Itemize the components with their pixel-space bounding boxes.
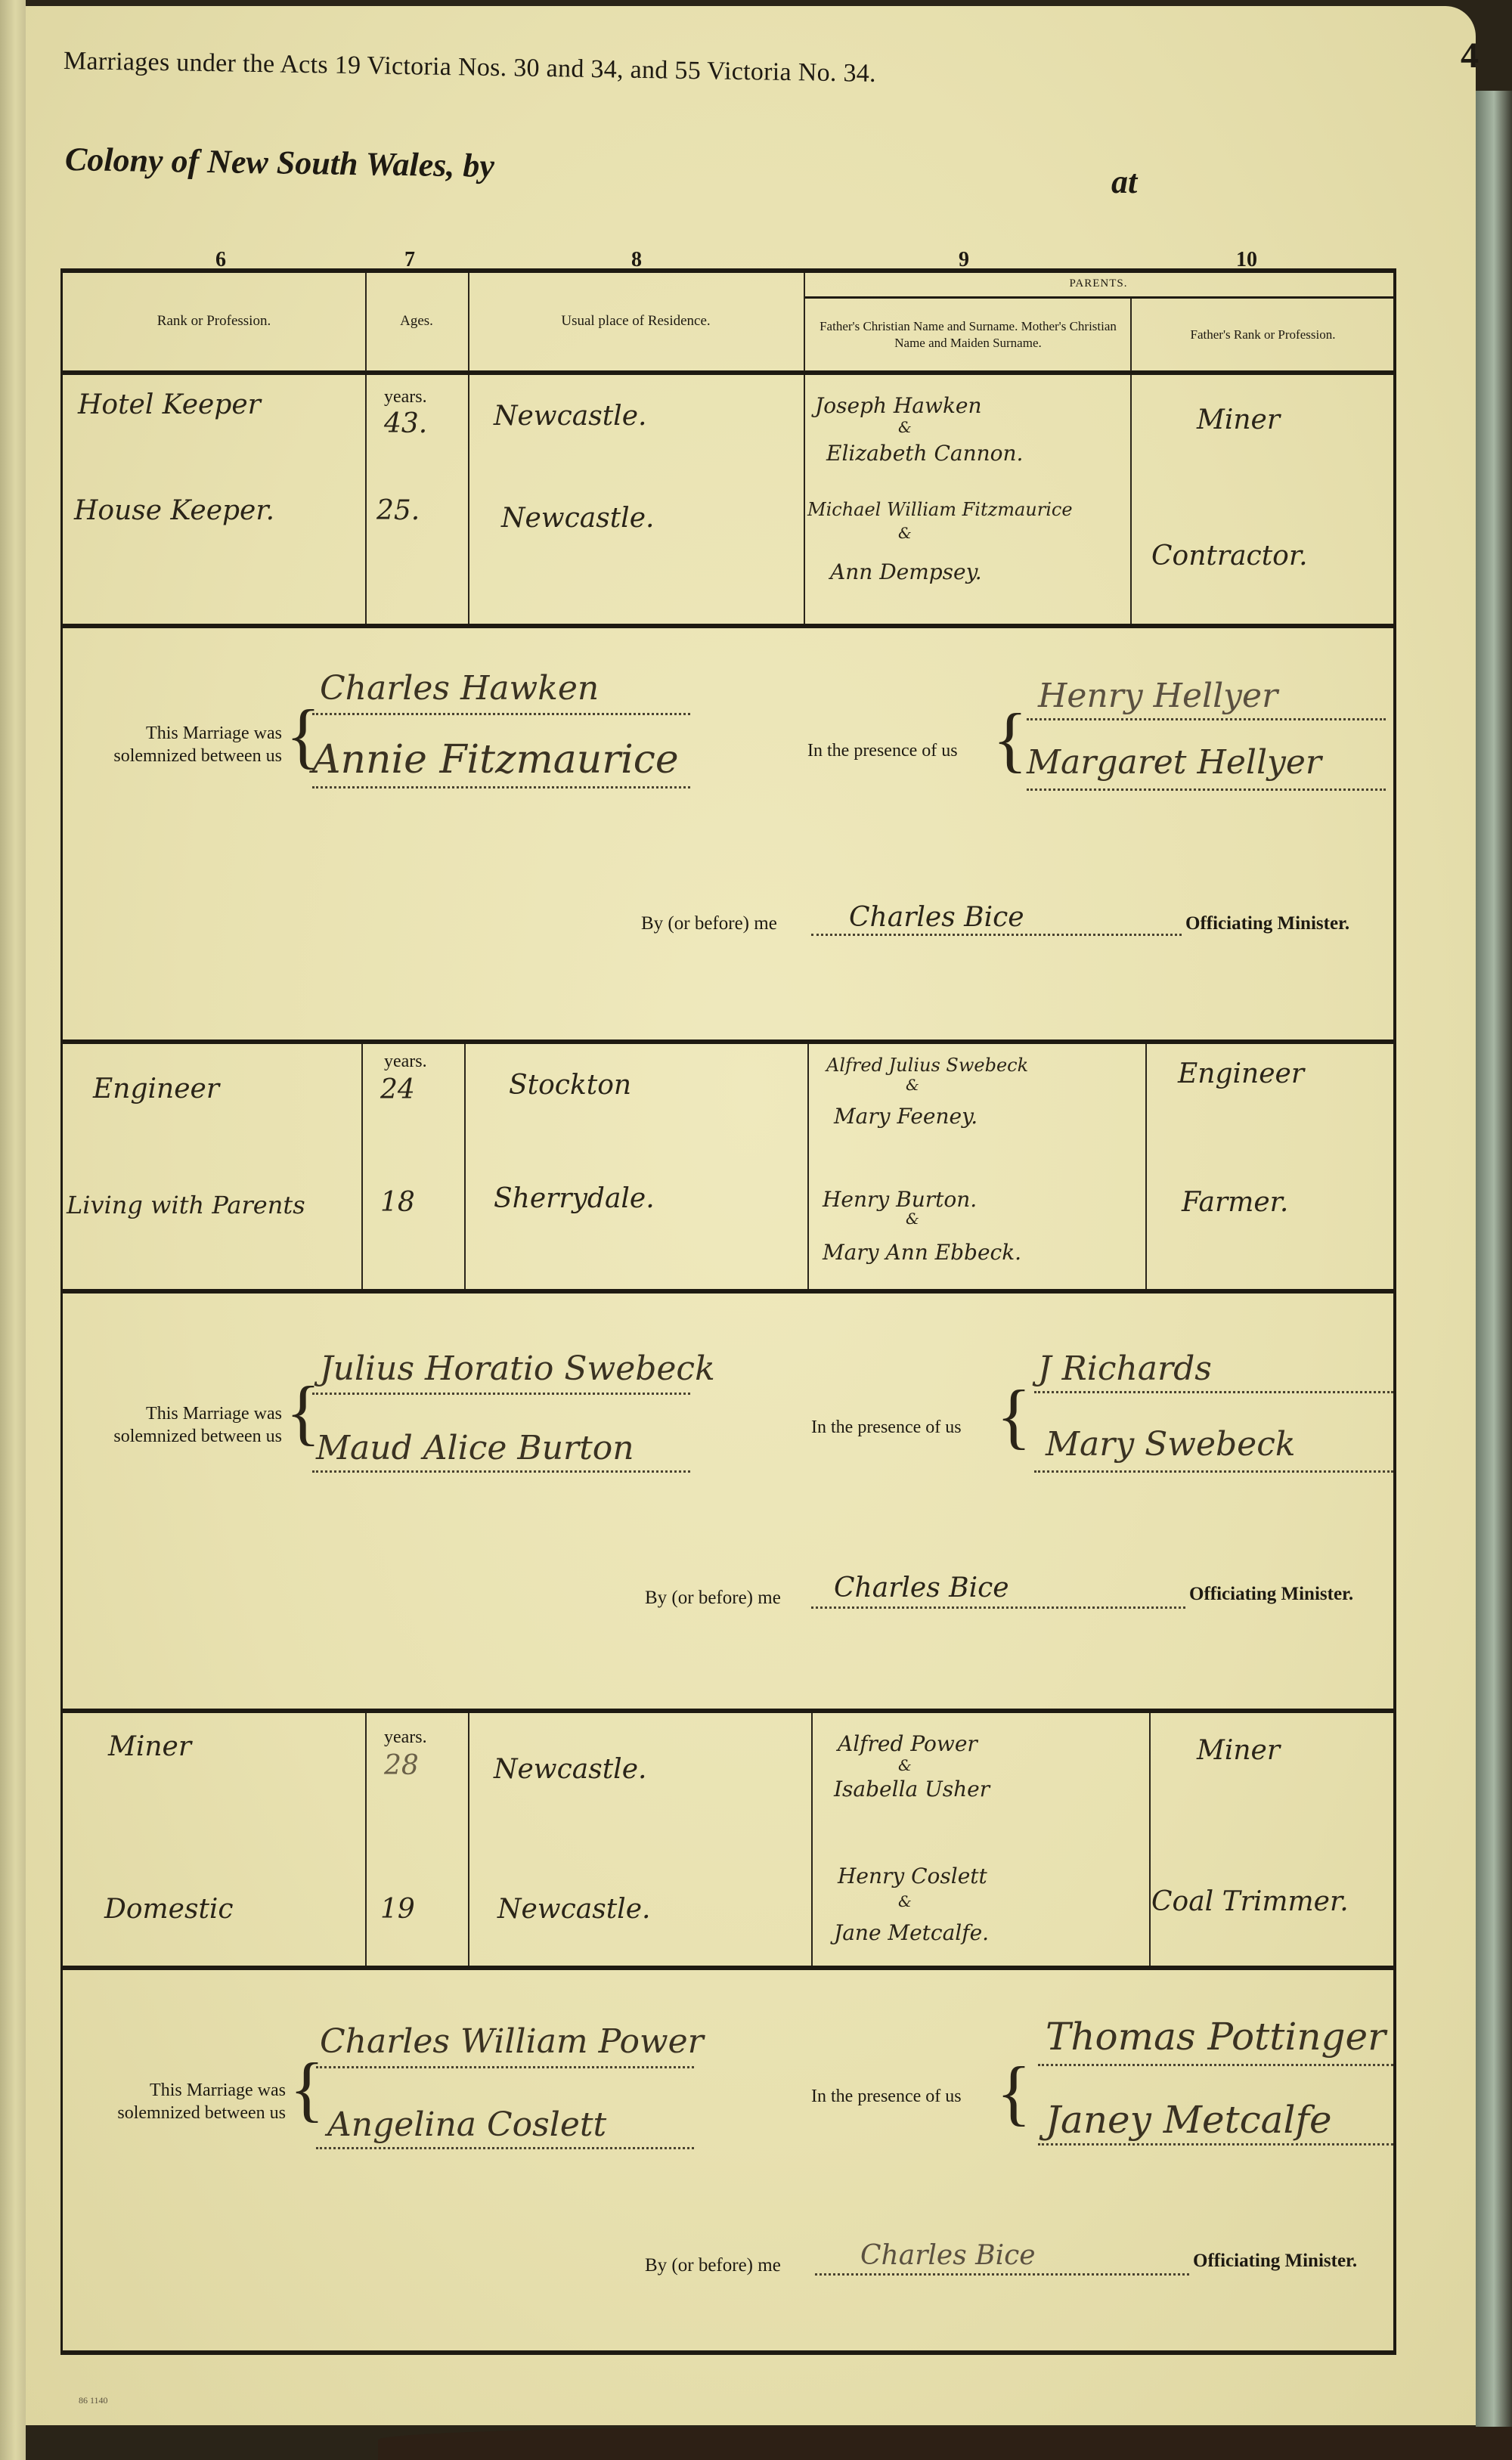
marriage-register-table: Rank or Profession. Ages. Usual place of… (60, 268, 1396, 2355)
page-shadow (378, 2427, 1512, 2460)
groom-father: Alfred Power (838, 1731, 978, 1756)
bride-residence: Sherrydale. (494, 1183, 655, 1214)
column-divider (468, 1713, 469, 1966)
bride-father: Michael William Fitzmaurice (807, 499, 1073, 520)
signature-line (312, 1393, 690, 1395)
groom-father-profession: Miner (1197, 404, 1280, 435)
column-divider (1130, 299, 1132, 371)
column-divider (804, 273, 805, 371)
bride-father-profession: Contractor. (1151, 541, 1308, 572)
signature-line (1034, 1470, 1393, 1473)
presence-label: In the presence of us (811, 2087, 962, 2107)
bride-profession: Living with Parents (67, 1191, 305, 1219)
bride-signature: Maud Alice Burton (316, 1429, 634, 1467)
groom-profession: Miner (108, 1731, 191, 1762)
presence-label: In the presence of us (807, 741, 958, 761)
column-divider (464, 1044, 466, 1290)
presence-label: In the presence of us (811, 1417, 962, 1438)
witness-1-signature: Henry Hellyer (1038, 677, 1278, 715)
minister-signature: Charles Bice (849, 902, 1024, 933)
bride-age: 18 (380, 1187, 415, 1218)
groom-profession: Engineer (93, 1074, 219, 1105)
witness-1-signature: Thomas Pottinger (1046, 2015, 1386, 2059)
solemnized-label: This Marriage was solemnized between us (63, 1402, 282, 1448)
column-divider (1130, 375, 1132, 624)
entry-rule (63, 624, 1393, 628)
signature-line (815, 2273, 1189, 2276)
page-number: 4 (1461, 35, 1479, 76)
signature-line (316, 2147, 694, 2149)
signature-line (1038, 2064, 1393, 2066)
column-divider (365, 375, 367, 624)
entry-rule (63, 1966, 1393, 1970)
header-ages: Ages. (365, 273, 468, 370)
signature-line (1038, 2143, 1393, 2146)
bride-mother: Mary Ann Ebbeck. (823, 1240, 1021, 1265)
bride-mother: Ann Dempsey. (830, 559, 982, 584)
ampersand: & (898, 1756, 912, 1774)
ampersand: & (898, 524, 912, 542)
bride-signature: Angelina Coslett (327, 2105, 606, 2144)
bride-father: Henry Coslett (838, 1864, 987, 1888)
column-divider (361, 1044, 363, 1290)
by-me-label: By (or before) me (645, 2255, 781, 2276)
colony-heading: Colony of New South Wales, by (65, 140, 495, 185)
column-divider (365, 273, 367, 371)
header-parents-names: Father's Christian Name and Surname. Mot… (807, 300, 1129, 370)
groom-profession: Hotel Keeper (78, 389, 261, 420)
groom-mother: Isabella Usher (834, 1777, 990, 1802)
brace-icon: { (996, 1380, 1031, 1452)
brace-icon: { (290, 2053, 324, 2125)
column-divider (807, 1044, 809, 1290)
groom-father-profession: Miner (1197, 1735, 1280, 1766)
header-rank: Rank or Profession. (63, 273, 365, 370)
minister-signature: Charles Bice (860, 2240, 1036, 2271)
table-bottom-rule (63, 2350, 1393, 2355)
officiating-minister-label: Officiating Minister. (1193, 2251, 1357, 2272)
minister-signature: Charles Bice (834, 1572, 1009, 1603)
signature-line (1027, 789, 1386, 791)
groom-residence: Newcastle. (494, 1754, 646, 1785)
bride-signature: Annie Fitzmaurice (312, 737, 679, 782)
solemnized-label: This Marriage was solemnized between us (63, 2079, 286, 2124)
signature-line (316, 2066, 694, 2068)
witness-2-signature: Janey Metcalfe (1046, 2098, 1332, 2142)
column-divider (365, 1713, 367, 1966)
by-me-label: By (or before) me (645, 1588, 781, 1609)
signature-line (312, 1470, 690, 1473)
years-label: years. (384, 1727, 427, 1748)
bride-residence: Newcastle. (501, 503, 654, 534)
solemnized-line-1: This Marriage was (63, 722, 282, 745)
bride-profession: House Keeper. (74, 495, 274, 526)
parents-divider (804, 296, 1393, 299)
ampersand: & (898, 418, 912, 436)
witness-2-signature: Margaret Hellyer (1027, 743, 1321, 782)
column-divider (468, 375, 469, 624)
bride-residence: Newcastle. (497, 1894, 650, 1925)
header-parents: PARENTS. (804, 277, 1393, 290)
column-divider (1145, 1044, 1147, 1290)
bride-profession: Domestic (104, 1894, 234, 1925)
solemnized-line-2: solemnized between us (63, 745, 282, 767)
solemnized-line-2: solemnized between us (63, 2102, 286, 2124)
groom-mother: Mary Feeney. (834, 1104, 978, 1129)
groom-father-profession: Engineer (1178, 1058, 1304, 1089)
bride-father-profession: Farmer. (1182, 1187, 1288, 1218)
groom-age: 43. (384, 408, 427, 439)
brace-icon: { (996, 2056, 1031, 2129)
groom-signature: Julius Horatio Swebeck (320, 1349, 715, 1388)
signature-line (811, 1606, 1185, 1609)
groom-father: Joseph Hawken (815, 393, 982, 418)
groom-residence: Newcastle. (494, 401, 646, 432)
entry-rule (63, 1289, 1393, 1294)
at-label: at (1111, 163, 1137, 201)
bride-father-profession: Coal Trimmer. (1151, 1886, 1349, 1917)
bride-age: 25. (376, 495, 420, 526)
book-edge (1476, 91, 1512, 2460)
ampersand: & (898, 1892, 912, 1910)
column-divider (468, 273, 469, 371)
adjacent-page-edge (0, 0, 26, 2460)
groom-mother: Elizabeth Cannon. (826, 441, 1023, 466)
officiating-minister-label: Officiating Minister. (1189, 1584, 1353, 1605)
years-label: years. (384, 1052, 427, 1072)
header-bottom-rule (63, 370, 1393, 375)
signature-line (1027, 718, 1386, 720)
groom-signature: Charles William Power (320, 2022, 704, 2061)
bride-age: 19 (380, 1894, 415, 1925)
signature-line (1034, 1391, 1393, 1393)
groom-age: 28 (384, 1750, 419, 1781)
groom-residence: Stockton (509, 1070, 631, 1101)
officiating-minister-label: Officiating Minister. (1185, 913, 1349, 934)
signature-line (312, 786, 690, 789)
by-me-label: By (or before) me (641, 913, 777, 934)
header-residence: Usual place of Residence. (468, 273, 804, 370)
print-code: 86 1140 (79, 2395, 108, 2406)
bride-mother: Jane Metcalfe. (834, 1920, 989, 1945)
years-label: years. (384, 387, 427, 407)
brace-icon: { (993, 703, 1027, 776)
groom-signature: Charles Hawken (320, 669, 599, 708)
solemnized-label: This Marriage was solemnized between us (63, 722, 282, 767)
solemnized-line-2: solemnized between us (63, 1425, 282, 1448)
ampersand: & (906, 1210, 919, 1228)
entry-rule (63, 1039, 1393, 1044)
witness-2-signature: Mary Swebeck (1046, 1425, 1296, 1464)
column-divider (804, 375, 805, 624)
ampersand: & (906, 1076, 919, 1094)
column-divider (811, 1713, 813, 1966)
signature-line (811, 934, 1182, 936)
solemnized-line-1: This Marriage was (63, 1402, 282, 1425)
witness-1-signature: J Richards (1038, 1349, 1212, 1388)
header-father-rank: Father's Rank or Profession. (1132, 300, 1393, 370)
column-divider (1149, 1713, 1151, 1966)
entry-rule (63, 1709, 1393, 1713)
signature-line (312, 713, 690, 715)
bride-father: Henry Burton. (823, 1187, 977, 1212)
groom-father: Alfred Julius Swebeck (826, 1055, 1028, 1076)
groom-age: 24 (380, 1074, 415, 1105)
solemnized-line-1: This Marriage was (63, 2079, 286, 2102)
